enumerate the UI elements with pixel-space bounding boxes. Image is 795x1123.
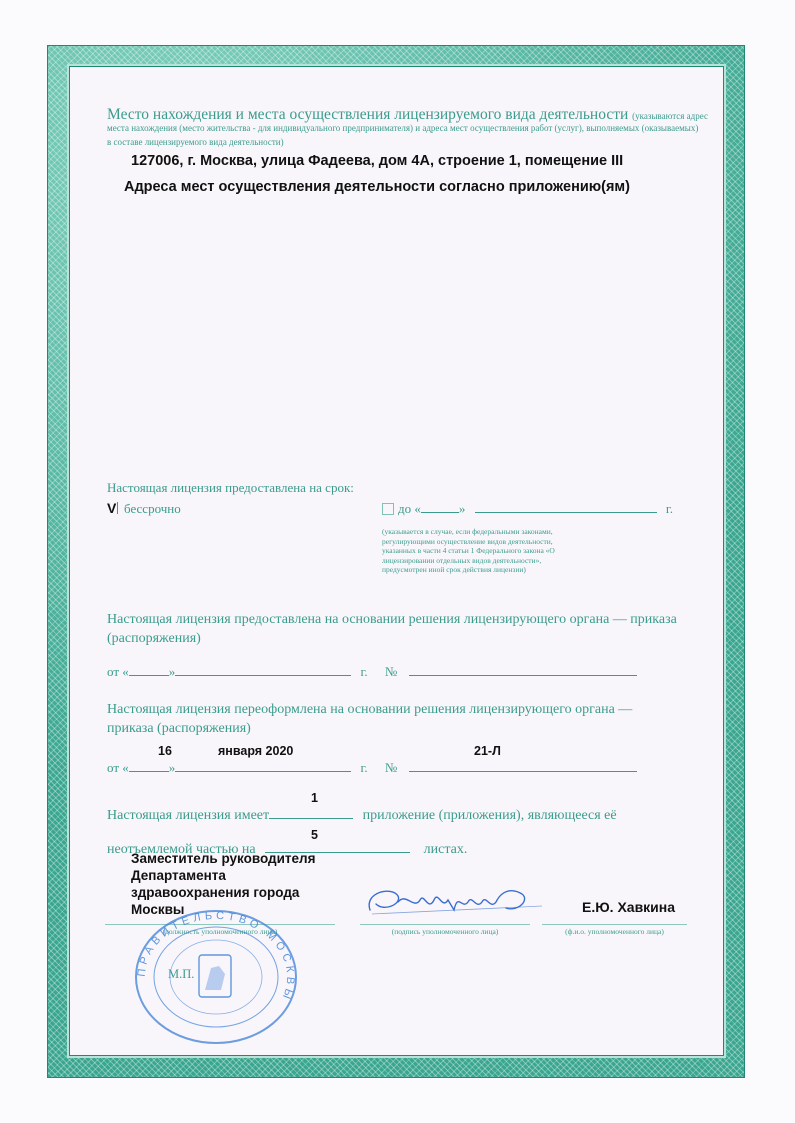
until-date-line: до «» г.	[398, 500, 673, 517]
official-stamp: ПРАВИТЕЛЬСТВО МОСКВЫ	[133, 910, 299, 1045]
unlimited-checkbox[interactable]: V	[107, 500, 119, 516]
reissued-month-year: января 2020	[218, 744, 293, 758]
caption-signature: (подпись уполномоченного лица)	[360, 927, 530, 936]
reissued-month-year-field[interactable]	[175, 759, 351, 772]
appendix-count: 1	[311, 791, 318, 805]
handwritten-signature	[362, 882, 562, 922]
reissued-order-row: от «» г. №	[107, 759, 637, 776]
granted-day-field[interactable]	[129, 663, 169, 676]
until-month-year-field[interactable]	[475, 500, 657, 513]
license-address: 127006, г. Москва, улица Фадеева, дом 4А…	[131, 153, 623, 169]
until-day-field[interactable]	[421, 500, 459, 513]
name-line	[542, 924, 687, 925]
stamp-place: М.П.	[168, 967, 194, 982]
granted-text: Настоящая лицензия предоставлена на осно…	[107, 610, 682, 648]
caption-name: (ф.и.о. уполномоченного лица)	[542, 927, 687, 936]
reissued-text: Настоящая лицензия переоформлена на осно…	[107, 700, 682, 738]
until-checkbox[interactable]	[382, 503, 394, 515]
check-mark-icon: V	[107, 500, 116, 516]
unlimited-label: бессрочно	[124, 501, 181, 517]
appendix-row: Настоящая лицензия имеет приложение (при…	[107, 806, 617, 824]
term-note: (указывается в случае, если федеральными…	[382, 527, 582, 575]
signer-name: Е.Ю. Хавкина	[582, 899, 675, 915]
reissued-number: 21-Л	[474, 744, 501, 758]
granted-month-year-field[interactable]	[175, 663, 351, 676]
signature-line	[360, 924, 530, 925]
granted-order-row: от «» г. №	[107, 663, 637, 680]
appendix-count-field[interactable]	[269, 806, 353, 819]
reissued-number-field[interactable]	[409, 759, 637, 772]
granted-number-field[interactable]	[409, 663, 637, 676]
location-heading-note: места нахождения (место жительства - для…	[107, 121, 702, 149]
term-title: Настоящая лицензия предоставлена на срок…	[107, 480, 354, 496]
reissued-day-field[interactable]	[129, 759, 169, 772]
official-title: Заместитель руководителя Департамента зд…	[131, 850, 315, 918]
reissued-day: 16	[158, 744, 172, 758]
activity-addresses: Адреса мест осуществления деятельности с…	[124, 179, 630, 195]
